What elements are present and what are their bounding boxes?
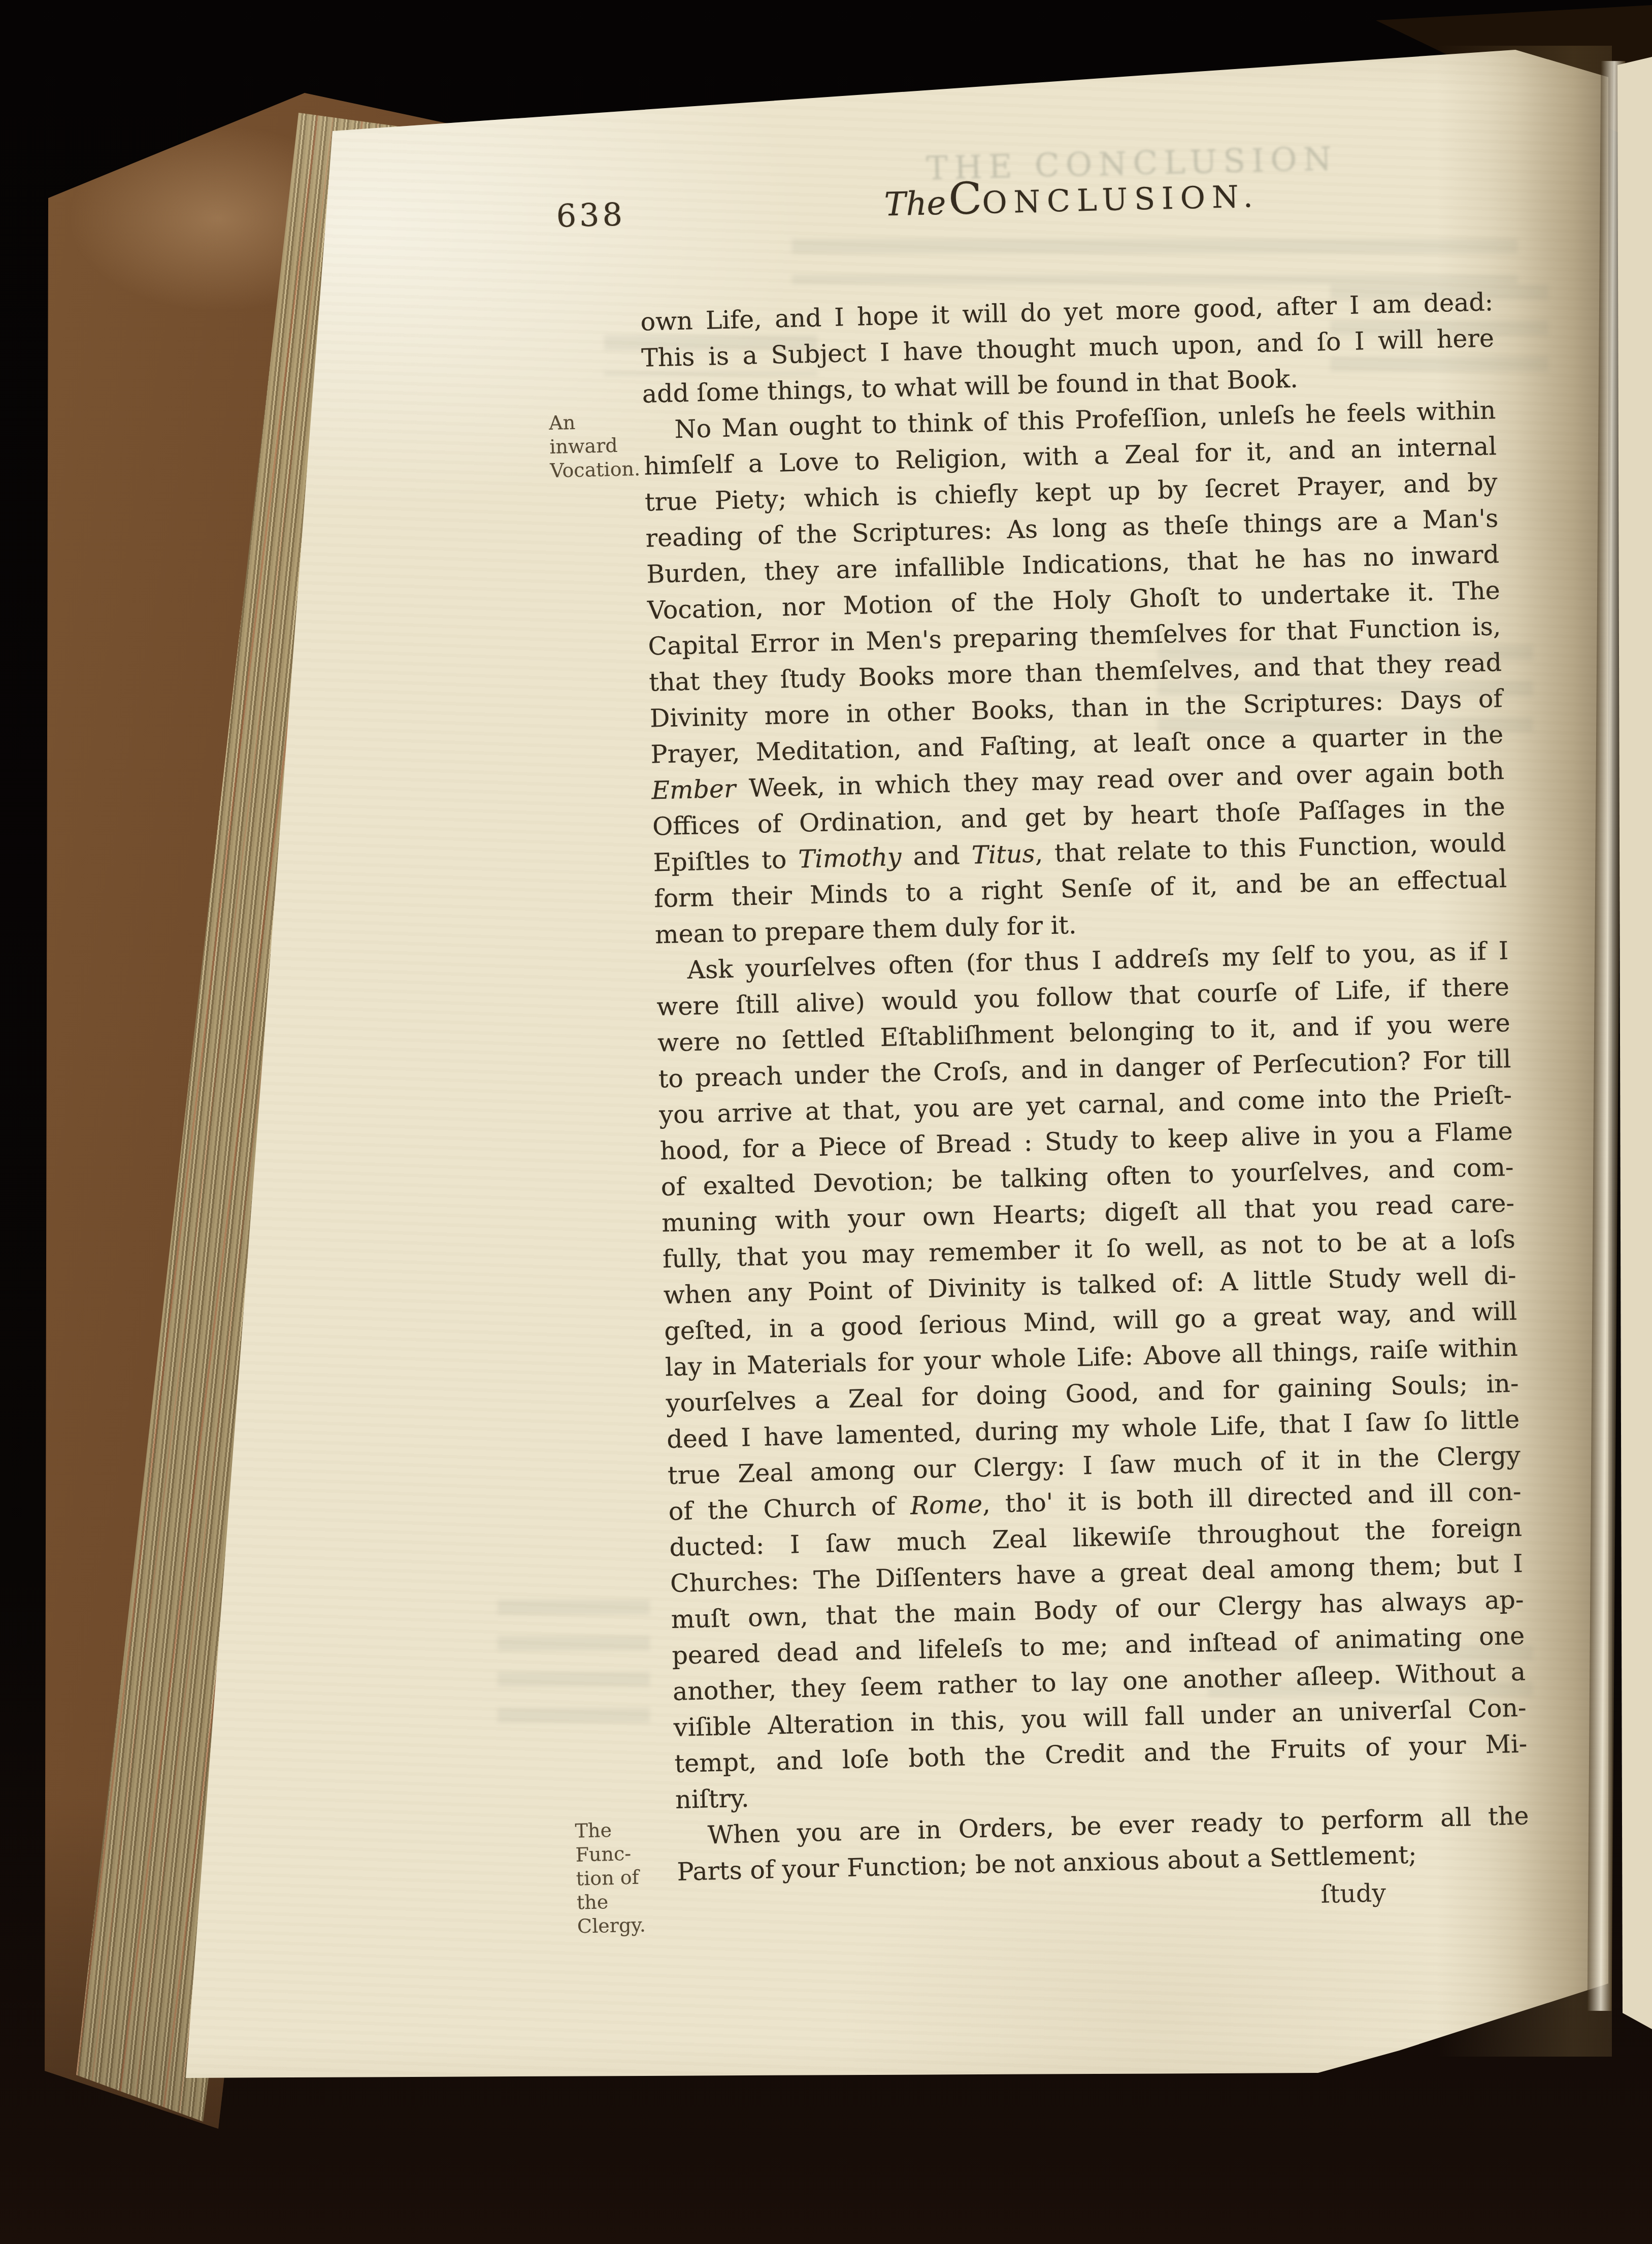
book-photograph: 638 The Conclusion The CONCLUSION. An in… bbox=[0, 0, 1652, 2244]
printed-text-area: 638 The Conclusion The CONCLUSION. An in… bbox=[548, 157, 1590, 2160]
paragraph: own Life, and I hope it will do yet more… bbox=[640, 284, 1496, 412]
margin-note-inward-vocation: An inwardVocation. bbox=[549, 409, 647, 483]
margin-note-line: The Func- bbox=[575, 1817, 672, 1867]
catchword: ſtudy bbox=[1142, 1878, 1386, 1913]
margin-note-line: tion of the bbox=[576, 1865, 673, 1914]
margin-note-line: Clergy. bbox=[577, 1912, 674, 1938]
running-title-rest: ONCLUSION. bbox=[982, 179, 1260, 221]
margin-note-line: Vocation. bbox=[550, 457, 647, 483]
page-number: 638 bbox=[556, 196, 626, 234]
running-title-the: The bbox=[884, 185, 946, 224]
running-title-initial: C bbox=[948, 173, 982, 225]
paragraph: No Man ought to think of this Profeſſion… bbox=[643, 392, 1508, 953]
paragraph: Ask yourſelves often (for thus I addreſs… bbox=[655, 933, 1529, 1818]
body-text: own Life, and I hope it will do yet more… bbox=[640, 284, 1530, 1890]
margin-note-line: An inward bbox=[549, 409, 646, 459]
margin-note-function-of-clergy: The Func-tion of theClergy. bbox=[575, 1817, 674, 1938]
